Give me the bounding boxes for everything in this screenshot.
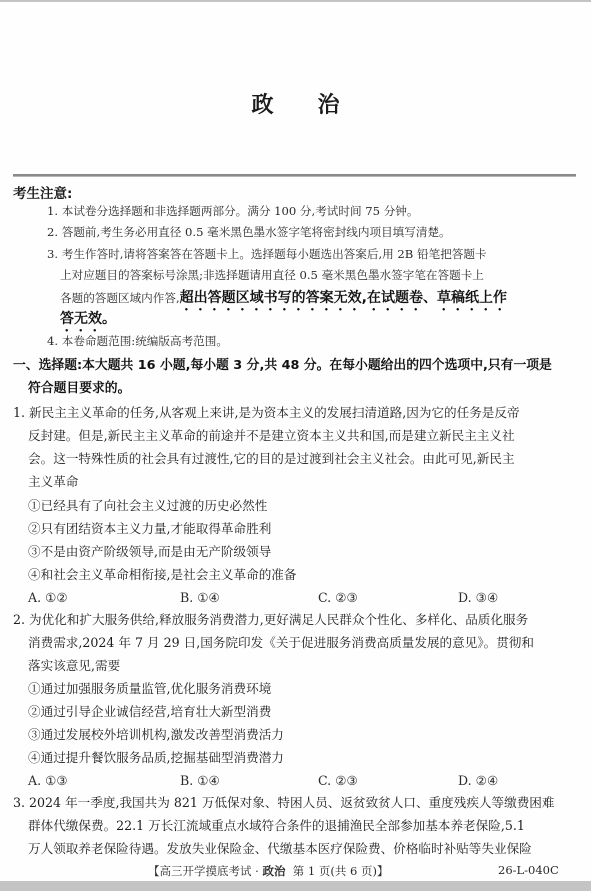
question-2-stem-line-2: 消费需求,2024 年 7 月 29 日,国务院印发《关于促进服务消费高质量发展… <box>28 635 534 651</box>
title-char-1: 政 <box>251 88 273 119</box>
question-2-option-d[interactable]: D. ②④ <box>458 773 498 789</box>
note-item-2: 2. 答题前,考生务必用直径 0.5 毫米黑色墨水签字笔将密封线内项目填写清楚。 <box>47 224 451 240</box>
question-1-option-a[interactable]: A. ①② <box>28 590 68 606</box>
question-2-statement-4: ④通过提升餐饮服务品质,挖掘基础型消费潜力 <box>28 750 284 766</box>
question-1-statement-2: ②只有团结资本主义力量,才能取得革命胜利 <box>28 521 271 537</box>
question-1-statement-4: ④和社会主义革命相衔接,是社会主义革命的准备 <box>28 567 296 583</box>
section-heading: 一、选择题:本大题共 16 小题,每小题 3 分,共 48 分。在每小题给出的四… <box>13 358 552 374</box>
note-item-3-plain: 各题的答题区域内作答, <box>60 291 180 305</box>
footer-exam-name: 【高三开学摸底考试 · <box>148 864 262 878</box>
question-2-option-c[interactable]: C. ②③ <box>318 773 358 789</box>
note-item-3-emphasis: 超出答题区域书写的答案无效,在试题卷、草稿纸上作 <box>180 290 507 306</box>
question-2-stem-line-3: 落实该意见,需要 <box>28 658 120 674</box>
question-1-statement-1: ①已经具有了向社会主义过渡的历史必然性 <box>28 498 267 514</box>
note-item-3-emphasis-end: 答无效。 <box>60 311 116 335</box>
page-footer: 【高三开学摸底考试 · 政治 第 1 页(共 6 页)】 <box>148 863 389 879</box>
question-1-stem-line-2: 反封建。但是,新民主主义革命的前途并不是建立资本主义共和国,而是建立新民主主义社 <box>28 428 515 444</box>
question-2-option-a[interactable]: A. ①③ <box>28 773 68 789</box>
notes-heading: 考生注意: <box>13 182 72 202</box>
header-divider <box>13 174 576 177</box>
question-1-statement-3: ③不是由资产阶级领导,而是由无产阶级领导 <box>28 544 271 560</box>
note-item-3-cont: 上对应题目的答案标号涂黑;非选择题请用直径 0.5 毫米黑色墨水签字笔在答题卡上 <box>60 267 484 283</box>
question-2-statement-1: ①通过加强服务质量监管,优化服务消费环境 <box>28 681 271 697</box>
question-3-stem-line-2: 群体代缴保费。22.1 万长江流域重点水域符合条件的退捕渔民全部参加基本养老保险… <box>28 818 525 834</box>
question-1-option-b[interactable]: B. ①④ <box>180 590 220 606</box>
question-2-stem-line-1: 2. 为优化和扩大服务供给,释放服务消费潜力,更好满足人民群众个性化、多样化、品… <box>13 612 528 628</box>
title-char-2: 治 <box>318 88 340 119</box>
question-1-option-d[interactable]: D. ③④ <box>458 590 498 606</box>
footer-code: 26-L-040C <box>498 863 559 877</box>
question-1-stem-line-4: 主义革命 <box>28 474 78 490</box>
question-1-stem-line-1: 1. 新民主主义革命的任务,从客观上来讲,是为资本主义的发展扫清道路,因为它的任… <box>13 405 520 421</box>
section-heading-cont: 符合题目要求的。 <box>28 381 130 397</box>
question-2-statement-3: ③通过发展校外培训机构,激发改善型消费活力 <box>28 727 284 743</box>
question-2-statement-2: ②通过引导企业诚信经营,培育壮大新型消费 <box>28 704 271 720</box>
page-title: 政治 <box>0 88 591 119</box>
question-3-stem-line-1: 3. 2024 年一季度,我国共为 821 万低保对象、特困人员、返贫致贫人口、… <box>13 795 555 811</box>
question-1-option-c[interactable]: C. ②③ <box>318 590 358 606</box>
question-1-stem-line-3: 会。这一特殊性质的社会具有过渡性,它的目的是过渡到社会主义社会。由此可见,新民主 <box>28 451 515 467</box>
question-3-stem-line-3: 万人领取养老保险待遇。发放失业保险金、代缴基本医疗保险费、价格临时补贴等失业保险 <box>28 841 532 857</box>
note-item-4: 4. 本卷命题范围:统编版高考范围。 <box>47 333 228 349</box>
note-item-3: 3. 考生作答时,请将答案答在答题卡上。选择题每小题选出答案后,用 2B 铅笔把… <box>47 246 487 262</box>
question-2-option-b[interactable]: B. ①④ <box>180 773 220 789</box>
note-item-1: 1. 本试卷分选择题和非选择题两部分。满分 100 分,考试时间 75 分钟。 <box>47 203 419 219</box>
viewer-bottom-edge <box>0 881 591 891</box>
viewer-top-edge <box>0 0 591 2</box>
footer-subject: 政治 <box>262 864 285 878</box>
note-item-3-cont2: 各题的答题区域内作答,超出答题区域书写的答案无效,在试题卷、草稿纸上作 <box>60 290 507 314</box>
footer-page-number: 第 1 页(共 6 页)】 <box>293 864 389 878</box>
